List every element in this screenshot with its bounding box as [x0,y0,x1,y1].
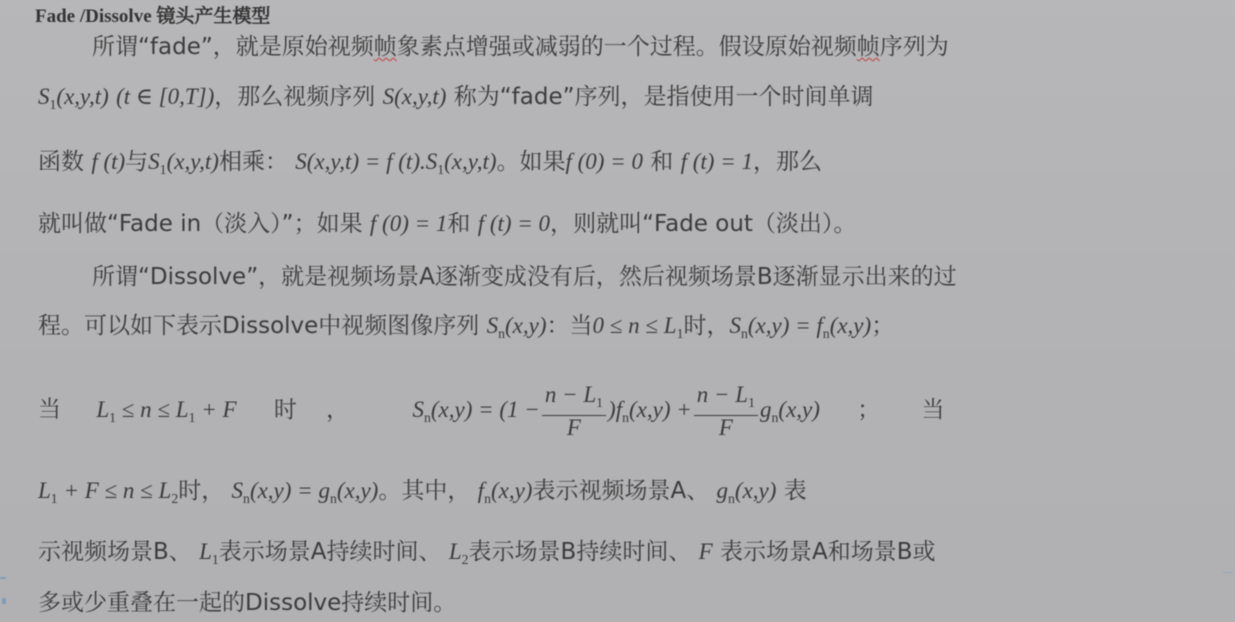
text-span: 表 [784,478,807,504]
math-Sn: Sn(x,y) [487,313,547,338]
left-edge-cursor-mark [2,598,6,604]
math-S1: S1(x,y,t) [38,84,109,109]
text-span: 象素点增强或减弱的一个过程。假设原始视频 [397,34,857,60]
document-title: Fade /Dissolve 镜头产生模型 [35,2,270,32]
math-cond: L1 + F ≤ n ≤ L2 [38,478,178,503]
text-span: 。如果 [497,149,566,175]
paragraph-2-line-1: 所谓“Dissolve”，就是视频场景A逐渐变成没有后，然后视频场景B逐渐显示出… [92,262,957,292]
math-dissolve-equation: Sn(x,y) = (1 −n − L1F)fn(x,y) +n − L1Fgn… [412,397,819,422]
math-equation: Sn(x,y) = fn(x,y) [729,313,871,338]
text-span: 。其中， [378,478,470,504]
spellcheck-flagged-word[interactable]: 帧 [857,34,880,60]
text-span: 程。可以如下表示Dissolve中视频图像序列 [38,313,479,339]
paragraph-2-line-3: 当 L1 ≤ n ≤ L1 + F 时 ， Sn(x,y) = (1 −n − … [38,383,945,443]
paragraph-1-line-4: 就叫做“Fade in（淡入）”；如果 f (0) = 1和 f (t) = 0… [38,209,856,239]
text-span: ； [857,397,880,423]
right-edge-marker [1223,572,1233,573]
text-span: 表示场景A和场景B或 [720,539,936,565]
text-span: 就叫做“Fade in（淡入）”；如果 [38,211,363,237]
text-span: 称为“fade”序列，是指使用一个时间单调 [454,84,874,110]
text-span: 序列为 [880,34,949,60]
math-cond: f (0) = 1 [370,211,447,236]
math-f-t: f (t) [91,149,125,174]
math-gn: gn(x,y) [717,478,777,503]
text-span: ，那么视频序列 [214,84,375,110]
paragraph-2-line-6: 多或少重叠在一起的Dissolve持续时间。 [38,588,456,618]
left-edge-marker [0,577,6,579]
math-cond: L1 ≤ n ≤ L1 + F [96,397,236,422]
text-span: 和 [447,211,470,237]
paragraph-1-line-3: 函数 f (t)与S1(x,y,t)相乘： S(x,y,t) = f (t).S… [38,147,822,185]
text-span: 表示场景B持续时间、 [469,539,692,565]
math-L1: L1 [199,539,219,564]
spellcheck-flagged-word[interactable]: 帧 [374,34,397,60]
text-span: ， [326,397,349,423]
text-span: 时， [683,313,729,339]
paragraph-2-line-4: L1 + F ≤ n ≤ L2时， Sn(x,y) = gn(x,y)。其中， … [38,476,807,514]
text-span: 当 [38,397,61,423]
math-domain: (t ∈ [0,T]) [116,84,214,109]
paragraph-1-line-1: 所谓“fade”，就是原始视频帧象素点增强或减弱的一个过程。假设原始视频帧序列为 [92,32,949,62]
math-fn: fn(x,y) [478,478,533,503]
text-span: 和 [650,149,673,175]
math-cond: f (0) = 0 [566,149,643,174]
text-span: ； [871,313,894,339]
text-span: 所谓“fade”，就是原始视频 [92,34,374,60]
text-span: ，那么 [753,149,822,175]
math-fade-equation: S(x,y,t) = f (t).S1(x,y,t) [295,149,496,174]
text-span: 表示场景A持续时间、 [219,539,442,565]
math-cond: 0 ≤ n ≤ L1 [593,313,684,338]
text-span: ：当 [547,313,593,339]
paragraph-2-line-2: 程。可以如下表示Dissolve中视频图像序列 Sn(x,y)：当0 ≤ n ≤… [38,311,894,349]
document-page: Fade /Dissolve 镜头产生模型 所谓“fade”，就是原始视频帧象素… [0,0,1235,622]
math-fraction: n − L1F [542,383,606,440]
text-span: 相乘： [219,149,288,175]
text-span: 时， [178,478,224,504]
math-S1-xyt: S1(x,y,t) [148,149,219,174]
text-span: 示视频场景B、 [38,539,192,565]
math-cond: f (t) = 0 [478,211,550,236]
math-fraction: n − L1F [694,383,758,440]
text-span: 当 [922,397,945,423]
math-F: F [699,539,713,564]
math-L2: L2 [449,539,469,564]
text-span: ，则就叫“Fade out（淡出）。 [550,211,856,237]
text-span: 函数 [38,149,84,175]
math-cond: f (t) = 1 [681,149,753,174]
paragraph-2-line-5: 示视频场景B、 L1表示场景A持续时间、 L2表示场景B持续时间、 F 表示场景… [38,537,936,575]
text-span: 表示视频场景A、 [532,478,709,504]
text-span: 与 [125,149,148,175]
paragraph-1-line-2: S1(x,y,t) (t ∈ [0,T])，那么视频序列 S(x,y,t) 称为… [38,82,874,120]
math-S: S(x,y,t) [383,84,447,109]
math-equation: Sn(x,y) = gn(x,y) [232,478,379,503]
text-span: 时 [274,397,297,423]
